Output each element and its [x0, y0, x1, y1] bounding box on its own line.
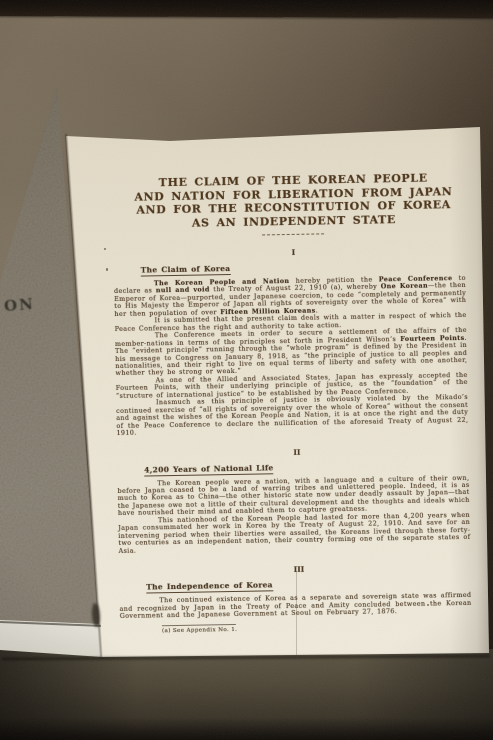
section-2-heading: 4,200 Years of National Life [144, 463, 274, 476]
section-2-heading-row: 4,200 Years of National Life [144, 456, 481, 476]
section-3-heading: The Independence of Korea [146, 580, 273, 593]
display-frame-edge [0, 0, 493, 18]
paragraph: The Korean People and Nation hereby peti… [114, 275, 467, 318]
section-1-heading-row: The Claim of Korea [141, 257, 478, 277]
shelf-vignette [0, 649, 493, 740]
section-1-heading: The Claim of Korea [141, 264, 231, 277]
paragraph: The Conference meets in order to secure … [115, 327, 468, 378]
paragraph: The continued existence of Korea as a se… [119, 592, 471, 620]
title-divider [262, 233, 324, 235]
left-page-partial-text: ON [3, 295, 35, 316]
museum-photo: ON THE CLAIM OF THE KOREAN PEOPLE AND NA… [0, 0, 493, 740]
display-shelf [0, 649, 493, 740]
document-content: THE CLAIM OF THE KOREAN PEOPLE AND NATIO… [98, 168, 484, 636]
paragraph: The Korean people were a nation, with a … [117, 474, 470, 517]
document-title: THE CLAIM OF THE KOREAN PEOPLE AND NATIO… [98, 171, 477, 232]
paragraph: This nationhood of the Korean People had… [118, 512, 471, 555]
paragraph: Inasmuch as this principle of justice is… [116, 394, 469, 437]
section-3-heading-row: The Independence of Korea [146, 574, 483, 594]
